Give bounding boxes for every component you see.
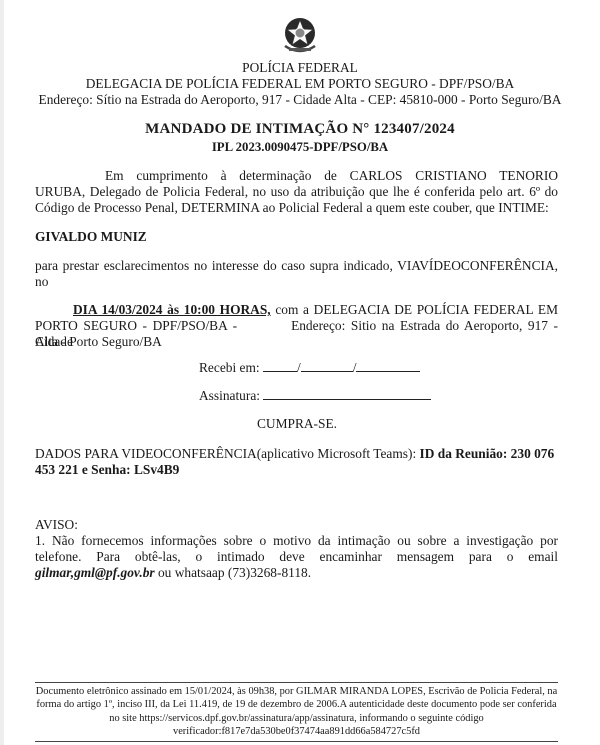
received-field[interactable]: Recebi em: // [199, 360, 420, 376]
appointment-line3: Alta - Porto Seguro/BA [35, 334, 558, 350]
determination-line1: Em cumprimento à determinação de CARLOS … [35, 168, 558, 184]
electronic-signature-footer: Documento eletrônico assinado em 15/01/2… [35, 682, 558, 742]
inquiry-number: IPL 2023.0090475-DPF/PSO/BA [0, 140, 600, 155]
notice-title: AVISO: [35, 517, 558, 533]
agency-name: POLÍCIA FEDERAL [0, 60, 600, 76]
brazil-coat-of-arms-icon [278, 14, 322, 58]
notice-text: 1. Não fornecemos informações sobre o mo… [35, 533, 558, 581]
appointment-line1: DIA 14/03/2024 às 10:00 HORAS, com a DEL… [35, 302, 558, 318]
page-edge [0, 0, 4, 745]
summoned-name: GIVALDO MUNIZ [35, 229, 558, 245]
determination-paragraph: URUBA, Delegado de Policia Federal, no u… [35, 184, 558, 216]
appointment-date: DIA 14/03/2024 às 10:00 HORAS, [73, 302, 271, 317]
email-link[interactable]: gilmar,gml@pf.gov.br [35, 565, 155, 580]
videoconference-data: DADOS PARA VIDEOCONFERÊNCIA(aplicativo M… [35, 446, 558, 478]
unit-address: Endereço: Sítio na Estrada do Aeroporto,… [0, 92, 600, 108]
document-title: MANDADO DE INTIMAÇÃO N° 123407/2024 [0, 121, 600, 138]
unit-name: DELEGACIA DE POLÍCIA FEDERAL EM PORTO SE… [0, 76, 600, 92]
signature-field[interactable]: Assinatura: [199, 388, 431, 404]
purpose-paragraph: para prestar esclarecimentos no interess… [35, 258, 558, 290]
cumpra-se: CUMPRA-SE. [257, 416, 337, 432]
